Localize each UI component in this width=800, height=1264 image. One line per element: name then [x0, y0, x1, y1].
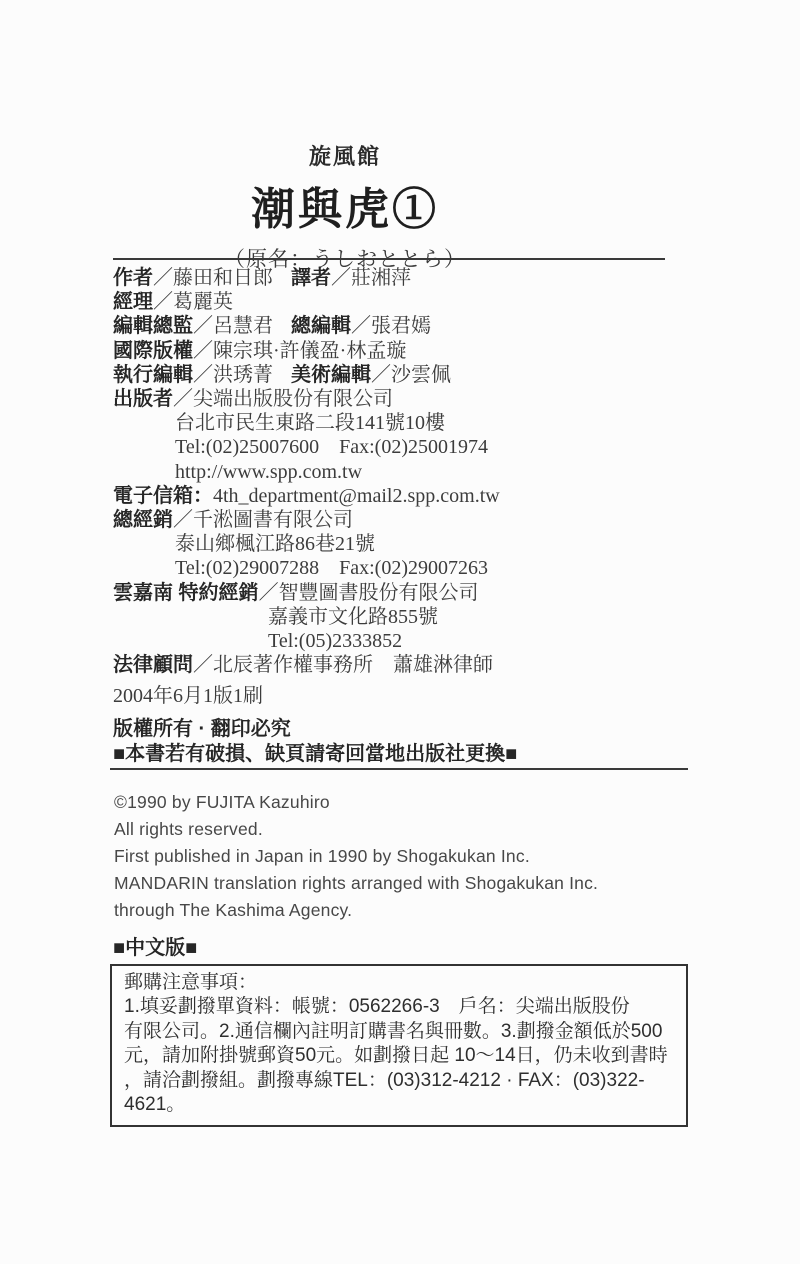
english-rights-line: All rights reserved.: [114, 816, 598, 843]
slash-separator: ／: [193, 364, 213, 386]
slash-separator: ／: [193, 340, 213, 362]
distributor-address: 泰山鄉楓江路86巷21號: [113, 532, 500, 556]
mail-order-line: ，請洽劃撥組。劃撥專線TEL：(03)312-4212 · FAX：(03)32…: [124, 1069, 674, 1093]
credit-label-chief-editor: 編輯總監: [113, 315, 193, 337]
credit-value-intl-rights: 陳宗琪·許儀盈·林孟璇: [213, 340, 406, 362]
divider-bottom: [110, 768, 688, 770]
slash-separator: ／: [371, 364, 391, 386]
credit-value-translator: 莊湘萍: [351, 267, 411, 289]
credit-line-exec-art: 執行編輯／洪琇菁美術編輯／沙雲佩: [113, 363, 500, 387]
credit-value-author: 藤田和日郎: [173, 267, 273, 289]
credit-value-publisher: 尖端出版股份有限公司: [193, 388, 393, 410]
credit-value-manager: 葛麗英: [173, 291, 233, 313]
credit-label-exec-editor: 執行編輯: [113, 364, 193, 386]
slash-separator: ／: [193, 654, 213, 676]
title-block: 旋風館 潮與虎① （原名：うしおととら）: [0, 140, 690, 273]
publisher-address: 台北市民生東路二段141號10樓: [113, 411, 500, 435]
credit-label-art-editor: 美術編輯: [291, 364, 371, 386]
credit-line-distributor: 總經銷／千淞圖書有限公司: [113, 508, 500, 532]
mail-order-heading: 郵購注意事項：: [124, 971, 674, 995]
credit-label-publisher: 出版者: [113, 388, 173, 410]
credit-line-author: 作者／藤田和日郎譯者／莊湘萍: [113, 266, 500, 290]
credit-value-exec-editor: 洪琇菁: [213, 364, 273, 386]
slash-separator: ／: [259, 582, 279, 604]
mail-order-line: 1.填妥劃撥單資料：帳號：0562266-3 戶名：尖端出版股份: [124, 995, 674, 1019]
credit-value-editor-in-chief: 張君嫣: [371, 315, 431, 337]
credit-line-publisher: 出版者／尖端出版股份有限公司: [113, 387, 500, 411]
credit-label-intl-rights: 國際版權: [113, 340, 193, 362]
credit-line-regional: 雲嘉南 特約經銷／智豐圖書股份有限公司: [113, 581, 500, 605]
credit-line-intl-rights: 國際版權／陳宗琪·許儀盈·林孟璇: [113, 339, 500, 363]
damage-return-notice: ■本書若有破損、缺頁請寄回當地出版社更換■: [113, 742, 517, 767]
english-rights-block: ©1990 by FUJITA Kazuhiro All rights rese…: [114, 789, 598, 924]
mail-order-line: 有限公司。2.通信欄內註明訂購書名與冊數。3.劃撥金額低於500: [124, 1020, 674, 1044]
english-first-published-line: First published in Japan in 1990 by Shog…: [114, 843, 598, 870]
credit-line-legal: 法律顧問／北辰著作權事務所 蕭雄淋律師: [113, 653, 500, 677]
credit-label-manager: 經理: [113, 291, 153, 313]
colon-separator: ：: [193, 485, 213, 507]
copyright-statement: 版權所有 · 翻印必究: [113, 717, 517, 742]
chinese-edition-marker: ■中文版■: [113, 931, 197, 960]
slash-separator: ／: [331, 267, 351, 289]
credit-value-legal: 北辰著作權事務所 蕭雄淋律師: [213, 654, 493, 676]
credit-label-legal: 法律顧問: [113, 654, 193, 676]
slash-separator: ／: [153, 291, 173, 313]
slash-separator: ／: [351, 315, 371, 337]
credit-label-editor-in-chief: 總編輯: [291, 315, 351, 337]
slash-separator: ／: [153, 267, 173, 289]
credit-label-distributor: 總經銷: [113, 509, 173, 531]
regional-address: 嘉義市文化路855號: [113, 605, 500, 629]
edition-printing: 2004年6月1版1刷: [113, 679, 263, 708]
imprint-name: 旋風館: [0, 140, 690, 171]
copyright-block: 版權所有 · 翻印必究 ■本書若有破損、缺頁請寄回當地出版社更換■: [113, 717, 517, 766]
regional-tel: Tel:(05)2333852: [113, 629, 500, 653]
book-title: 潮與虎①: [0, 173, 690, 237]
distributor-tel-fax: Tel:(02)29007288 Fax:(02)29007263: [113, 556, 500, 580]
credit-label-translator: 譯者: [291, 267, 331, 289]
credit-label-email: 電子信箱: [113, 485, 193, 507]
credit-label-regional: 雲嘉南 特約經銷: [113, 582, 259, 604]
credit-value-regional: 智豐圖書股份有限公司: [279, 582, 479, 604]
credit-value-distributor: 千淞圖書有限公司: [193, 509, 353, 531]
publisher-tel-fax: Tel:(02)25007600 Fax:(02)25001974: [113, 435, 500, 459]
credit-line-editors: 編輯總監／呂慧君總編輯／張君嫣: [113, 314, 500, 338]
credit-value-art-editor: 沙雲佩: [391, 364, 451, 386]
english-copyright-line: ©1990 by FUJITA Kazuhiro: [114, 789, 598, 816]
slash-separator: ／: [193, 315, 213, 337]
english-agency-line: through The Kashima Agency.: [114, 897, 598, 924]
mail-order-line: 4621。: [124, 1093, 674, 1117]
mail-order-line: 元，請加附掛號郵資50元。如劃撥日起 10～14日，仍未收到書時: [124, 1044, 674, 1068]
credit-line-manager: 經理／葛麗英: [113, 290, 500, 314]
colophon-page: 旋風館 潮與虎① （原名：うしおととら） 作者／藤田和日郎譯者／莊湘萍 經理／葛…: [0, 0, 800, 1264]
mail-order-notice-box: 郵購注意事項： 1.填妥劃撥單資料：帳號：0562266-3 戶名：尖端出版股份…: [110, 964, 688, 1127]
english-translation-rights-line: MANDARIN translation rights arranged wit…: [114, 870, 598, 897]
divider-top: [113, 258, 665, 260]
credit-value-email: 4th_department@mail2.spp.com.tw: [213, 485, 500, 507]
slash-separator: ／: [173, 388, 193, 410]
credit-label-author: 作者: [113, 267, 153, 289]
credit-value-chief-editor: 呂慧君: [213, 315, 273, 337]
slash-separator: ／: [173, 509, 193, 531]
credit-line-email: 電子信箱：4th_department@mail2.spp.com.tw: [113, 484, 500, 508]
publisher-url: http://www.spp.com.tw: [113, 460, 500, 484]
credits-block: 作者／藤田和日郎譯者／莊湘萍 經理／葛麗英 編輯總監／呂慧君總編輯／張君嫣 國際…: [113, 266, 500, 677]
